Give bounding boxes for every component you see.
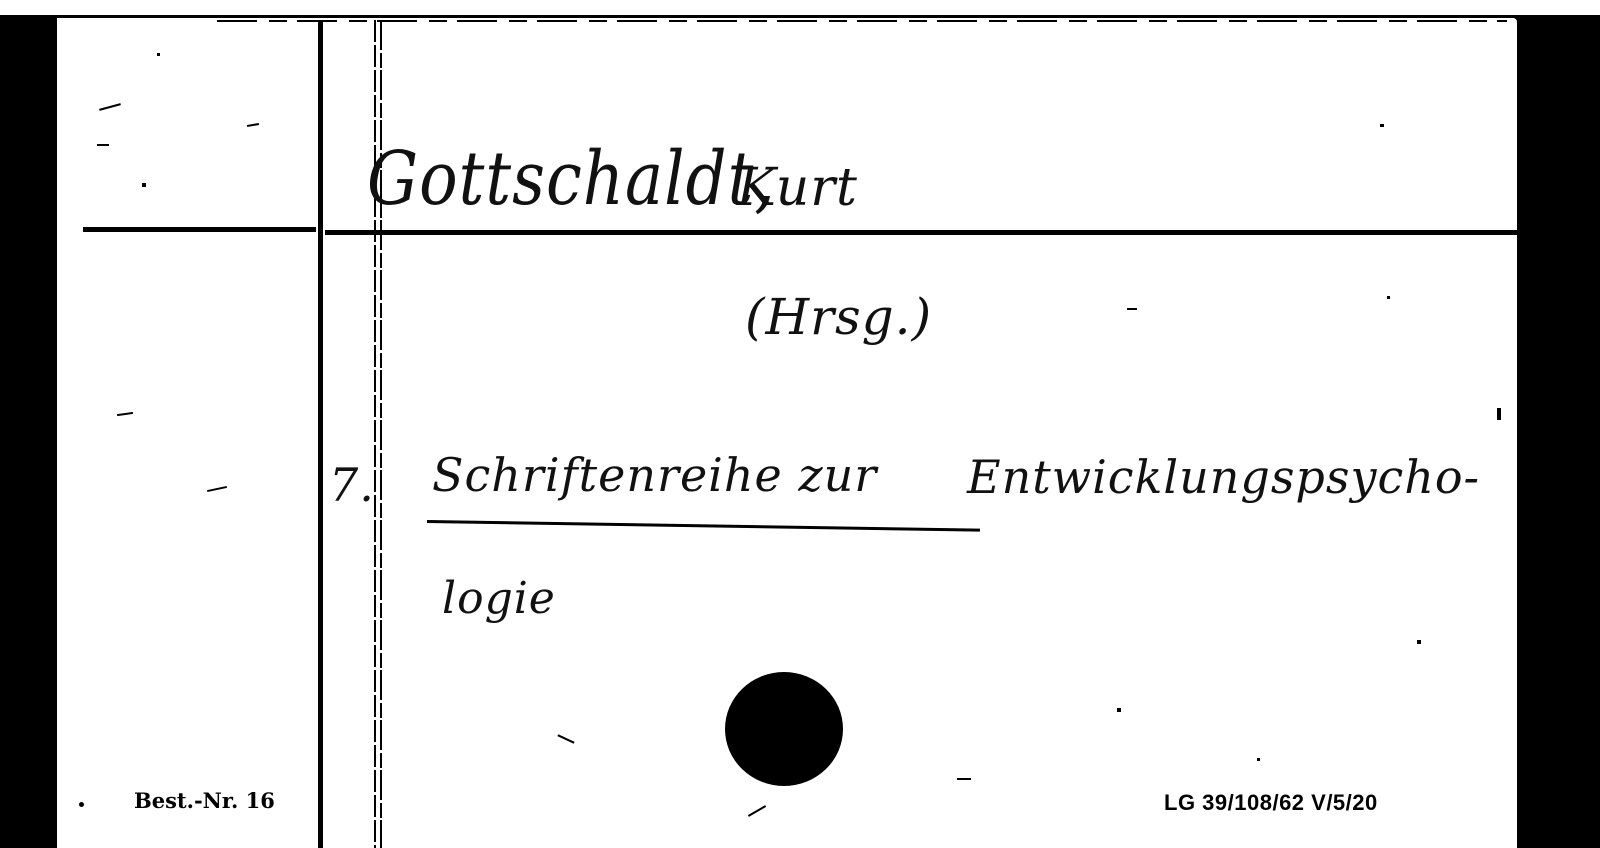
scan-speck [1380, 124, 1384, 127]
top-border-rule [217, 20, 1507, 22]
scan-speck [157, 53, 160, 56]
title-continuation: logie [442, 573, 556, 624]
scan-speck [557, 734, 574, 743]
author-surname: Gottschaldt, [367, 137, 776, 222]
title-underline [427, 520, 980, 532]
scan-speck [142, 183, 146, 187]
scan-speck [99, 103, 121, 111]
scan-speck [1417, 640, 1421, 644]
editor-note: (Hrsg.) [745, 288, 932, 346]
item-number: 7. [329, 458, 375, 512]
scan-speck [117, 412, 133, 416]
heading-rule-right [325, 230, 1517, 235]
scan-speck [247, 123, 259, 127]
scan-speck [748, 805, 766, 817]
scan-speck [1127, 308, 1137, 310]
catalog-card: Gottschaldt, Kurt (Hrsg.) 7. Schriftenre… [57, 18, 1517, 848]
author-given-name: Kurt [737, 158, 858, 218]
scan-speck [1117, 708, 1121, 712]
left-margin-rule [318, 20, 323, 848]
scan-speck [79, 802, 84, 807]
title-subject: Entwicklungspsycho- [967, 450, 1480, 504]
scan-speck [957, 778, 971, 780]
punch-hole [725, 672, 843, 786]
heading-rule-left [83, 227, 316, 232]
catalog-code: LG 39/108/62 V/5/20 [1164, 790, 1378, 816]
scan-speck [97, 144, 109, 146]
order-number: Best.-Nr. 16 [134, 788, 275, 813]
scan-speck [1257, 758, 1260, 761]
scan-speck [1387, 296, 1390, 299]
scan-speck [1497, 408, 1501, 420]
scan-speck [207, 486, 227, 492]
title-series: Schriftenreihe zur [432, 448, 877, 502]
